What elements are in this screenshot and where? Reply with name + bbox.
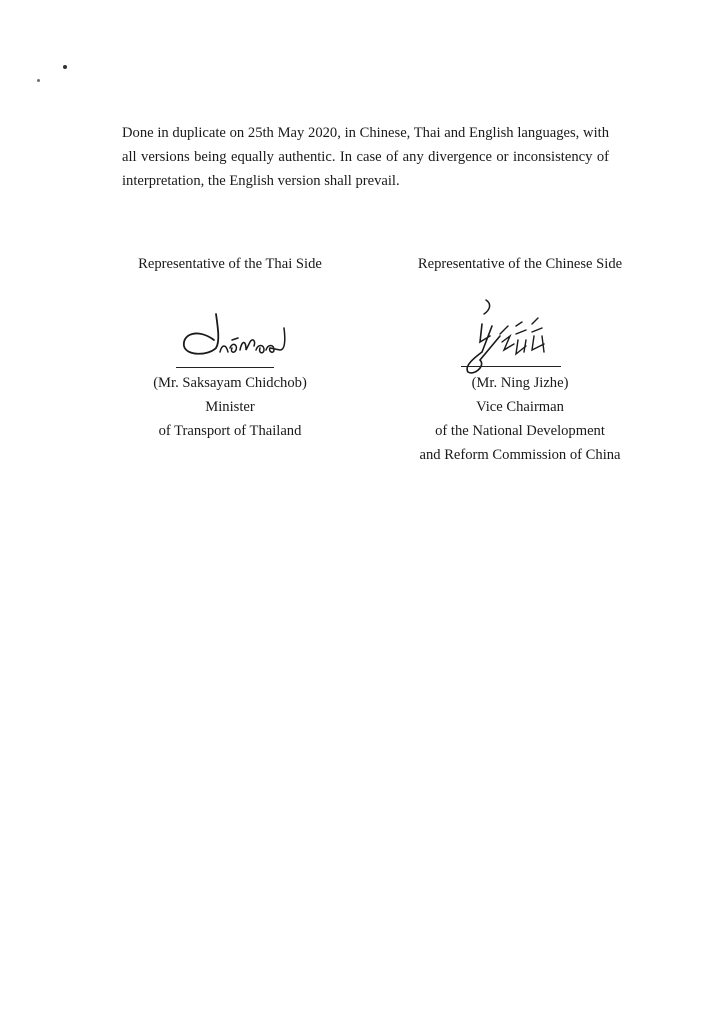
chinese-signatory-title-1: Vice Chairman bbox=[400, 395, 640, 419]
chinese-signatory-name: (Mr. Ning Jizhe) bbox=[400, 371, 640, 395]
chinese-signatory-block: Representative of the Chinese Side (Mr. … bbox=[400, 0, 640, 1024]
chinese-representative-heading: Representative of the Chinese Side bbox=[400, 252, 640, 276]
chinese-signature-icon bbox=[460, 296, 570, 376]
chinese-signature-line bbox=[461, 366, 561, 367]
thai-signature-icon bbox=[176, 310, 296, 360]
chinese-signatory-info: (Mr. Ning Jizhe) Vice Chairman of the Na… bbox=[400, 371, 640, 467]
chinese-signatory-title-2: of the National Development bbox=[400, 419, 640, 443]
thai-signature-line bbox=[176, 367, 274, 368]
thai-signatory-block: Representative of the Thai Side (Mr. Sak… bbox=[110, 0, 350, 1024]
thai-signatory-title-1: Minister bbox=[110, 395, 350, 419]
thai-signatory-name: (Mr. Saksayam Chidchob) bbox=[110, 371, 350, 395]
thai-signatory-title-2: of Transport of Thailand bbox=[110, 419, 350, 443]
scan-speck bbox=[37, 79, 40, 82]
thai-representative-heading: Representative of the Thai Side bbox=[110, 252, 350, 276]
chinese-signatory-title-3: and Reform Commission of China bbox=[400, 443, 640, 467]
scan-speck bbox=[63, 65, 67, 69]
thai-signatory-info: (Mr. Saksayam Chidchob) Minister of Tran… bbox=[110, 371, 350, 443]
